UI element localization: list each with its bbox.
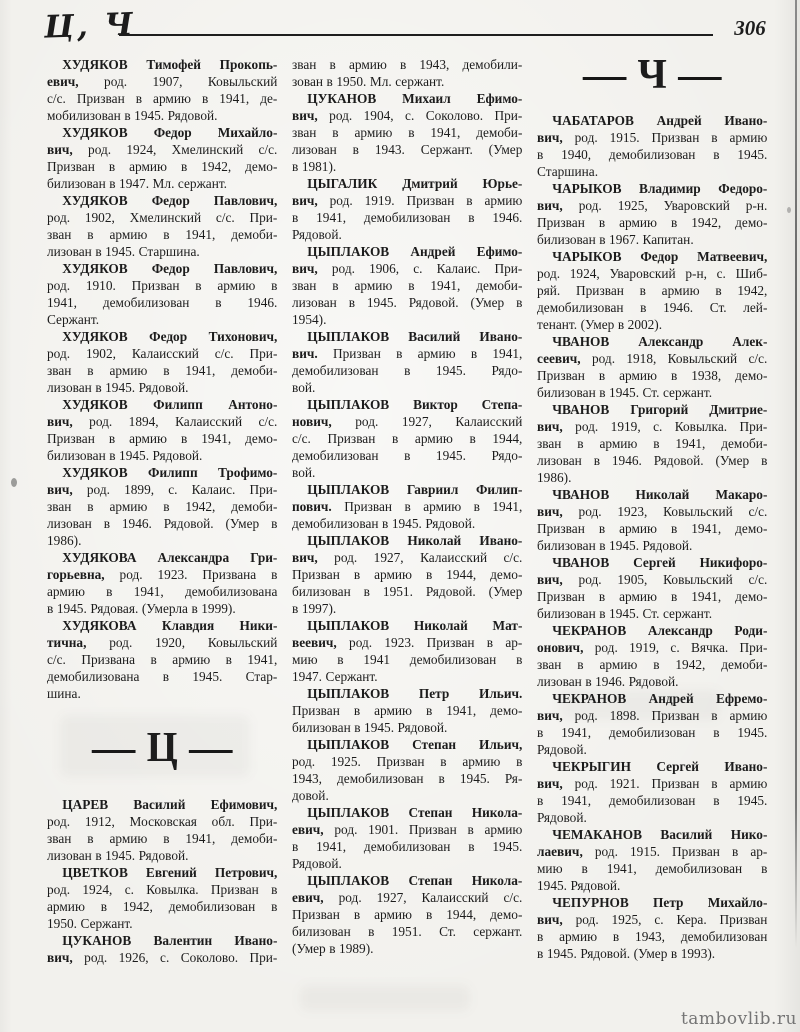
entry-line: лизован в 1946. Рядовой. (537, 674, 767, 691)
entry-line: Рядовой. (537, 742, 767, 759)
entry: ЧАБАТАРОВ Андрей Ивано-вич, род. 1915. П… (537, 113, 767, 181)
entry-line: вич, род. 1926, с. Соколово. При- (47, 950, 277, 967)
entry: ЧВАНОВ Григорий Дмитрие-вич, род. 1919, … (537, 402, 767, 487)
entry-line: веевич, род. 1923. Призван в ар- (292, 635, 522, 652)
entry-line: вич, род. 1924, Хмелинский с/с. (47, 142, 277, 159)
entry: ЦЫПЛАКОВ Степан Никола-евич, род. 1927, … (292, 873, 522, 958)
entry-line: ЧВАНОВ Николай Макаро- (537, 487, 767, 504)
entry: ЧВАНОВ Сергей Никифоро-вич, род. 1905, К… (537, 555, 767, 623)
entry: ЦУКАНОВ Михаил Ефимо-вич, род. 1904, с. … (292, 91, 522, 176)
entry-line: род. 1910. Призван в армию в (47, 278, 277, 295)
entry-line: род. 1912, Московская обл. При- (47, 814, 277, 831)
entry-line: 1947. Сержант. (292, 669, 522, 686)
entry: ЦЫПЛАКОВ Николай Ивано-вич, род. 1927, К… (292, 533, 522, 618)
entry: ХУДЯКОВ Филипп Трофимо-вич, род. 1899, с… (47, 465, 277, 550)
entry-line: с/с. Призван в армию в 1941, де- (47, 91, 277, 108)
entry-line: Призван в армию в 1938, демо- (537, 368, 767, 385)
entry-line: ЦЫПЛАКОВ Николай Мат- (292, 618, 522, 635)
entry-line: ЦЫПЛАКОВ Степан Никола- (292, 873, 522, 890)
entry-line: зован в 1950. Мл. сержант. (292, 74, 522, 91)
entry-line: ЧАРЫКОВ Владимир Федоро- (537, 181, 767, 198)
scan-speck (11, 478, 17, 487)
entry-line: в 1941, демобилизован в 1946. (292, 210, 522, 227)
entry-line: довой. (292, 788, 522, 805)
entry: ЦЫПЛАКОВ Николай Мат-веевич, род. 1923. … (292, 618, 522, 686)
entry-line: зван в армию в 1942, демоби- (47, 499, 277, 516)
entry-line: билизован в 1951. Ст. сержант. (292, 924, 522, 941)
entry-line: ЦАРЕВ Василий Ефимович, (47, 797, 277, 814)
entry-line: ХУДЯКОВ Федор Павлович, (47, 261, 277, 278)
entry-line: ХУДЯКОВ Федор Павлович, (47, 193, 277, 210)
entry-line: ряй. Призван в армию в 1942, (537, 283, 767, 300)
entry: ЦЫПЛАКОВ Степан Ильич,род. 1925. Призван… (292, 737, 522, 805)
column-right: ЧЧАБАТАРОВ Андрей Ивано-вич, род. 1915. … (537, 57, 767, 963)
running-head-rule (119, 34, 713, 36)
entry-line: в 1941, демобилизован в 1945. (292, 839, 522, 856)
entry-line: армию в 1942, демобилизован в (47, 899, 277, 916)
entry-line: вой. (292, 380, 522, 397)
entry-line: мобилизован в 1945. Рядовой. (47, 108, 277, 125)
entry-line: вич, род. 1915. Призван в армию (537, 130, 767, 147)
entry-line: вич, род. 1925, Уваровский р-н. (537, 198, 767, 215)
entry-line: ЦЫПЛАКОВ Степан Ильич, (292, 737, 522, 754)
entry-line: билизован в 1947. Мл. сержант. (47, 176, 277, 193)
entry-line: билизован в 1967. Капитан. (537, 232, 767, 249)
entry-line: Призван в армию в 1941, демо- (292, 703, 522, 720)
entry-line: зван в армию в 1941, демоби- (292, 125, 522, 142)
entry-line: ЦЫПЛАКОВ Виктор Степа- (292, 397, 522, 414)
entry-line: билизован в 1945. Рядовой. (47, 448, 277, 465)
entry-line: в 1945. Рядовая. (Умерла в 1999). (47, 601, 277, 618)
entry-line: ХУДЯКОВ Федор Тихонович, (47, 329, 277, 346)
entry-line: ЦУКАНОВ Валентин Ивано- (47, 933, 277, 950)
entry-line: ХУДЯКОВА Клавдия Ники- (47, 618, 277, 635)
entry-line: онович, род. 1919, с. Вячка. При- (537, 640, 767, 657)
entry-line: род. 1902, Хмелинский с/с. При- (47, 210, 277, 227)
entry-line: нович, род. 1927, Калаисский (292, 414, 522, 431)
entry-line: род. 1902, Калаисский с/с. При- (47, 346, 277, 363)
entry-line: вич, род. 1921. Призван в армию (537, 776, 767, 793)
bleedthrough-smudge (60, 715, 250, 777)
entry: ХУДЯКОВ Федор Павлович,род. 1910. Призва… (47, 261, 277, 329)
entry-line: Рядовой. (292, 856, 522, 873)
entry-line: зван в армию в 1943, демобили- (292, 57, 522, 74)
entry-line: ЧАБАТАРОВ Андрей Ивано- (537, 113, 767, 130)
entry-line: ЦЫПЛАКОВ Андрей Ефимо- (292, 244, 522, 261)
entry-line: ХУДЯКОВ Филипп Трофимо- (47, 465, 277, 482)
entry-line: вич, род. 1919. Призван в армию (292, 193, 522, 210)
entry: ЧЕМАКАНОВ Василий Нико-лаевич, род. 1915… (537, 827, 767, 895)
entry: ЦЫПЛАКОВ Петр Ильич.Призван в армию в 19… (292, 686, 522, 737)
entry-line: ЦЫПЛАКОВ Степан Никола- (292, 805, 522, 822)
scan-speck (787, 207, 791, 213)
entry-line: вич, род. 1925, с. Кера. Призван (537, 912, 767, 929)
entry: ЧАРЫКОВ Владимир Федоро-вич, род. 1925, … (537, 181, 767, 249)
running-head-letters: Ц, Ч (43, 6, 136, 45)
entry-line: Призван в армию в 1942, демо- (537, 215, 767, 232)
entry: ХУДЯКОВА Александра Гри-горьевна, род. 1… (47, 550, 277, 618)
scan-edge-shadow (795, 0, 797, 948)
entry-line: тична, род. 1920, Ковыльский (47, 635, 277, 652)
entry-line: Старшина. (537, 164, 767, 181)
entry-line: вич, род. 1923, Ковыльский с/с. (537, 504, 767, 521)
entry-line: ЦЫПЛАКОВ Петр Ильич. (292, 686, 522, 703)
entry-line: билизован в 1945. Ст. сержант. (537, 606, 767, 623)
entry-line: Призван в армию в 1941, демо- (537, 589, 767, 606)
entry-line: с/с. Призвана в армию в 1941, (47, 652, 277, 669)
entry-line: пович. Призван в армию в 1941, (292, 499, 522, 516)
dash-left (582, 77, 626, 80)
entry-line: вич, род. 1906, с. Калаис. При- (292, 261, 522, 278)
entry: ХУДЯКОВ Федор Михайло-вич, род. 1924, Хм… (47, 125, 277, 193)
book-page: Ц, Ч 306 ХУДЯКОВ Тимофей Прокопь-евич, р… (0, 0, 800, 1032)
entry-line: Призван в армию в 1941, демо- (537, 521, 767, 538)
entry: ХУДЯКОВ Федор Тихонович,род. 1902, Калаи… (47, 329, 277, 397)
entry-line: Рядовой. (292, 227, 522, 244)
entry-line: в 1997). (292, 601, 522, 618)
entry-line: демобилизован в 1945. Рядо- (292, 363, 522, 380)
entry-line: демобилизован в 1945. Рядо- (292, 448, 522, 465)
entry: ЦЫПЛАКОВ Степан Никола-евич, род. 1901. … (292, 805, 522, 873)
entry-line: Призван в армию в 1941, демо- (47, 431, 277, 448)
entry: ЧЕПУРНОВ Петр Михайло-вич, род. 1925, с.… (537, 895, 767, 963)
entry-line: лизован в 1943. Сержант. (Умер (292, 142, 522, 159)
entry: ЦЫГАЛИК Дмитрий Юрье-вич, род. 1919. При… (292, 176, 522, 244)
entry: ЦЫПЛАКОВ Андрей Ефимо-вич, род. 1906, с.… (292, 244, 522, 329)
entry-line: ЧЕКРАНОВ Александр Роди- (537, 623, 767, 640)
entry-line: вич, род. 1927, Калаисский с/с. (292, 550, 522, 567)
entry-line: в 1941, демобилизован в 1945. (537, 793, 767, 810)
entry-line: вич, род. 1919, с. Ковылка. При- (537, 419, 767, 436)
entry-line: демобилизован в 1945. Рядовой. (292, 516, 522, 533)
entry-line: ХУДЯКОВ Федор Михайло- (47, 125, 277, 142)
entry-line: евич, род. 1907, Ковыльский (47, 74, 277, 91)
entry-line: лизован в 1945. Рядовой. (Умер в (292, 295, 522, 312)
entry-line: в 1945. Рядовой. (Умер в 1993). (537, 946, 767, 963)
entry-line: ЦЫПЛАКОВ Гавриил Филип- (292, 482, 522, 499)
entry: ХУДЯКОВ Федор Павлович,род. 1902, Хмелин… (47, 193, 277, 261)
entry-line: Призван в армию в 1944, демо- (292, 907, 522, 924)
entry: ЦЫПЛАКОВ Виктор Степа-нович, род. 1927, … (292, 397, 522, 482)
entry-line: вич, род. 1905, Ковыльский с/с. (537, 572, 767, 589)
entry-line: сеевич, род. 1918, Ковыльский с/с. (537, 351, 767, 368)
entry-line: род. 1925. Призван в армию в (292, 754, 522, 771)
entry-line: в 1981). (292, 159, 522, 176)
entry-line: в армию в 1943, демобилизован (537, 929, 767, 946)
entry-line: билизован в 1945. Рядовой. (292, 720, 522, 737)
entry-line: ЧВАНОВ Сергей Никифоро- (537, 555, 767, 572)
entry-line: Призван в армию в 1944, демо- (292, 567, 522, 584)
entry-line: 1950. Сержант. (47, 916, 277, 933)
entry: ЦАРЕВ Василий Ефимович,род. 1912, Москов… (47, 797, 277, 865)
entry-line: 1941, демобилизован в 1946. (47, 295, 277, 312)
entry-line: зван в армию в 1941, демоби- (537, 436, 767, 453)
entry-line: 1943, демобилизован в 1945. Ря- (292, 771, 522, 788)
entry-line: армию в 1941, демобилизована (47, 584, 277, 601)
entry-line: ХУДЯКОВ Филипп Антоно- (47, 397, 277, 414)
entry: ЦВЕТКОВ Евгений Петрович,род. 1924, с. К… (47, 865, 277, 933)
entry-line: 1986). (47, 533, 277, 550)
entry-line: ЦЫПЛАКОВ Николай Ивано- (292, 533, 522, 550)
library-watermark: tambovlib.ru (681, 1009, 797, 1029)
entry-line: Сержант. (47, 312, 277, 329)
entry-line: зван в армию в 1941, демоби- (47, 831, 277, 848)
entry-line: ЧЕКРЫГИН Сергей Ивано- (537, 759, 767, 776)
entry: ХУДЯКОВ Филипп Антоно-вич, род. 1894, Ка… (47, 397, 277, 465)
dash-right (678, 77, 722, 80)
entry-line: вой. (292, 465, 522, 482)
column-left: ХУДЯКОВ Тимофей Прокопь-евич, род. 1907,… (47, 57, 277, 967)
entry-line: вич. Призван в армию в 1941, (292, 346, 522, 363)
entry-continuation: зван в армию в 1943, демобили-зован в 19… (292, 57, 522, 91)
section-letter: Ч (626, 55, 678, 101)
entry-line: ЦУКАНОВ Михаил Ефимо- (292, 91, 522, 108)
entry-line: евич, род. 1927, Калаисский с/с. (292, 890, 522, 907)
entry: ХУДЯКОВ Тимофей Прокопь-евич, род. 1907,… (47, 57, 277, 125)
entry-line: мию в 1941 демобилизован в (292, 652, 522, 669)
entry-line: зван в армию в 1942, демоби- (537, 657, 767, 674)
entry-line: вич, род. 1899, с. Калаис. При- (47, 482, 277, 499)
entry-line: вич, род. 1894, Калаисский с/с. (47, 414, 277, 431)
entry-line: демобилизован в 1946. Ст. лей- (537, 300, 767, 317)
entry: ЧЕКРЫГИН Сергей Ивано-вич, род. 1921. Пр… (537, 759, 767, 827)
entry-line: лизован в 1945. Старшина. (47, 244, 277, 261)
entry: ЧВАНОВ Александр Алек-сеевич, род. 1918,… (537, 334, 767, 402)
entry-line: (Умер в 1989). (292, 941, 522, 958)
entry-line: зван в армию в 1941, демоби- (292, 278, 522, 295)
entry-line: лаевич, род. 1915. Призван в ар- (537, 844, 767, 861)
entry-line: ЧВАНОВ Григорий Дмитрие- (537, 402, 767, 419)
entry-line: лизован в 1946. Рядовой. (Умер в (537, 453, 767, 470)
entry-line: ЧАРЫКОВ Федор Матвеевич, (537, 249, 767, 266)
entry-line: ХУДЯКОВ Тимофей Прокопь- (47, 57, 277, 74)
entry-line: вич, род. 1904, с. Соколово. При- (292, 108, 522, 125)
page-number: 306 (722, 16, 778, 41)
entry-line: Призван в армию в 1942, демо- (47, 159, 277, 176)
entry-line: ЦВЕТКОВ Евгений Петрович, (47, 865, 277, 882)
bleedthrough-smudge (560, 690, 720, 720)
bleedthrough-smudge (300, 985, 470, 1011)
entry-line: с/с. Призван в армию в 1944, (292, 431, 522, 448)
entry-line: 1954). (292, 312, 522, 329)
entry-line: 1986). (537, 470, 767, 487)
entry-line: ХУДЯКОВА Александра Гри- (47, 550, 277, 567)
entry-line: 1945. Рядовой. (537, 878, 767, 895)
entry-line: билизован в 1951. Рядовой. (Умер (292, 584, 522, 601)
section-header: Ч (537, 57, 767, 99)
entry-line: род. 1924, Уваровский р-н, с. Шиб- (537, 266, 767, 283)
entry: ЦЫПЛАКОВ Василий Ивано-вич. Призван в ар… (292, 329, 522, 397)
entry-line: билизован в 1945. Рядовой. (537, 538, 767, 555)
entry-line: шина. (47, 686, 277, 703)
entry: ЦЫПЛАКОВ Гавриил Филип-пович. Призван в … (292, 482, 522, 533)
entry-line: в 1940, демобилизован в 1945. (537, 147, 767, 164)
entry-line: билизован в 1945. Ст. сержант. (537, 385, 767, 402)
entry-line: в 1941, демобилизован в 1945. (537, 725, 767, 742)
entry-line: ЧЕМАКАНОВ Василий Нико- (537, 827, 767, 844)
entry-line: ЦЫГАЛИК Дмитрий Юрье- (292, 176, 522, 193)
entry-line: лизован в 1945. Рядовой. (47, 380, 277, 397)
entry-line: зван в армию в 1941, демоби- (47, 227, 277, 244)
entry-line: тенант. (Умер в 2002). (537, 317, 767, 334)
entry-line: демобилизована в 1945. Стар- (47, 669, 277, 686)
entry: ЧАРЫКОВ Федор Матвеевич,род. 1924, Уваро… (537, 249, 767, 334)
entry: ЧЕКРАНОВ Александр Роди-онович, род. 191… (537, 623, 767, 691)
entry-line: горьевна, род. 1923. Призвана в (47, 567, 277, 584)
entry: ЦУКАНОВ Валентин Ивано-вич, род. 1926, с… (47, 933, 277, 967)
entry: ЧВАНОВ Николай Макаро-вич, род. 1923, Ко… (537, 487, 767, 555)
entry: ХУДЯКОВА Клавдия Ники-тична, род. 1920, … (47, 618, 277, 703)
entry-line: ЧВАНОВ Александр Алек- (537, 334, 767, 351)
entry-line: зван в армию в 1941, демоби- (47, 363, 277, 380)
entry-line: лизован в 1946. Рядовой. (Умер в (47, 516, 277, 533)
entry-line: Рядовой. (537, 810, 767, 827)
entry-line: евич, род. 1901. Призван в армию (292, 822, 522, 839)
entry-line: род. 1924, с. Ковылка. Призван в (47, 882, 277, 899)
entry-line: ЦЫПЛАКОВ Василий Ивано- (292, 329, 522, 346)
entry-line: мию в 1941, демобилизован в (537, 861, 767, 878)
column-middle: зван в армию в 1943, демобили-зован в 19… (292, 57, 522, 958)
entry-line: ЧЕПУРНОВ Петр Михайло- (537, 895, 767, 912)
entry-line: лизован в 1945. Рядовой. (47, 848, 277, 865)
